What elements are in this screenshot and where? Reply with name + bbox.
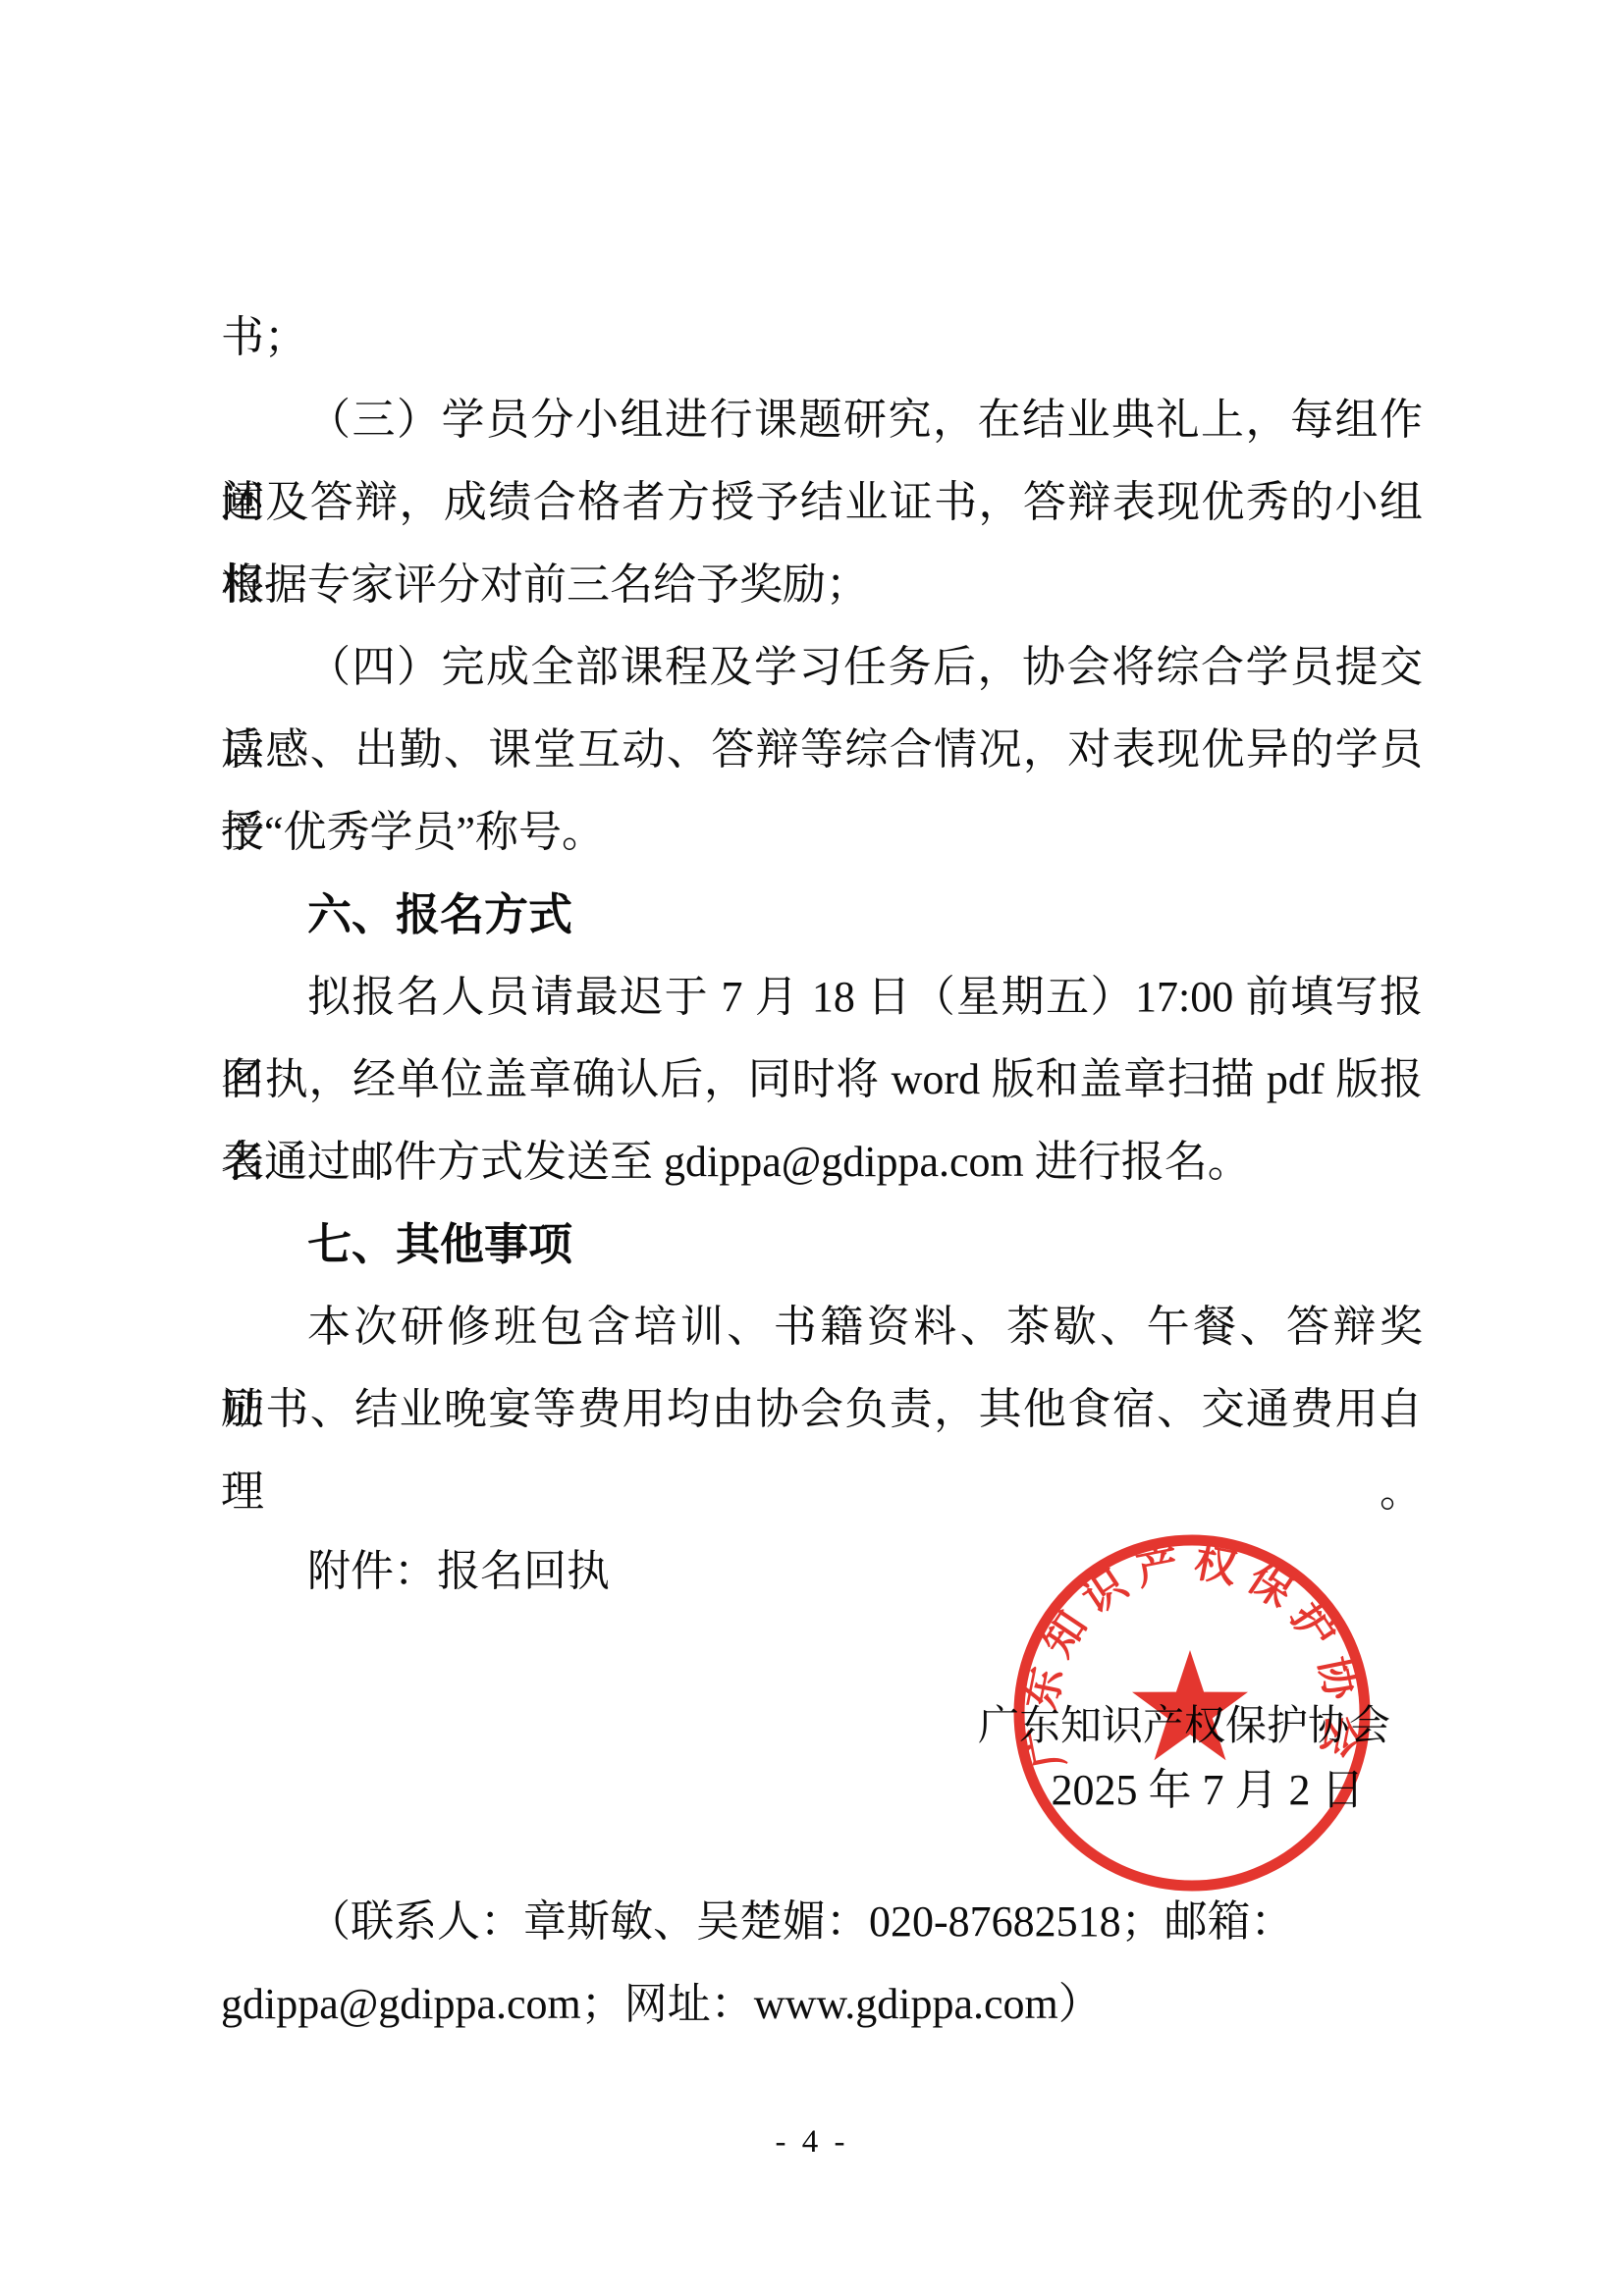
body-line: 回执，经单位盖章确认后，同时将 word 版和盖章扫描 pdf 版报名 [221, 1039, 1423, 1121]
body-line: 拟报名人员请最迟于 7 月 18 日（星期五）17:00 前填写报名 [221, 956, 1423, 1039]
section-header-6: 六、报名方式 [221, 874, 1423, 956]
page-number: - 4 - [0, 2124, 1624, 2161]
official-seal-stamp: 广东知识产权保护协会 [1005, 1526, 1379, 1899]
body-line: 后感、出勤、课堂互动、答辩等综合情况，对表现优异的学员授 [221, 709, 1423, 791]
body-line: 表通过邮件方式发送至 gdippa@gdippa.com 进行报名。 [221, 1121, 1423, 1203]
contact-info-block: （联系人：章斯敏、吴楚媚：020-87682518；邮箱： gdippa@gdi… [221, 1881, 1458, 2046]
document-page: 书； （三）学员分小组进行课题研究，在结业典礼上，每组作阐 述及答辩，成绩合格者… [0, 0, 1624, 2296]
body-line: （三）学员分小组进行课题研究，在结业典礼上，每组作阐 [221, 379, 1423, 461]
body-text-block: 书； （三）学员分小组进行课题研究，在结业典礼上，每组作阐 述及答辩，成绩合格者… [221, 296, 1423, 1451]
body-line: 根据专家评分对前三名给予奖励； [221, 544, 1423, 626]
body-line: 证书、结业晚宴等费用均由协会负责，其他食宿、交通费用自理。 [221, 1368, 1423, 1451]
section-header-7: 七、其他事项 [221, 1203, 1423, 1286]
star-icon [1132, 1650, 1248, 1760]
attachment-line: 附件：报名回执 [221, 1530, 1105, 1613]
seal-org-arc-text: 广东知识产权保护协会 [1017, 1538, 1367, 1772]
body-line: 予“优秀学员”称号。 [221, 791, 1423, 874]
body-line: （四）完成全部课程及学习任务后，协会将综合学员提交读 [221, 626, 1423, 709]
body-line: 书； [221, 296, 1423, 379]
body-line: 本次研修班包含培训、书籍资料、茶歇、午餐、答辩奖励、 [221, 1286, 1423, 1368]
contact-line: gdippa@gdippa.com；网址：www.gdippa.com） [221, 1963, 1458, 2046]
body-line: 述及答辩，成绩合格者方授予结业证书，答辩表现优秀的小组将 [221, 461, 1423, 544]
